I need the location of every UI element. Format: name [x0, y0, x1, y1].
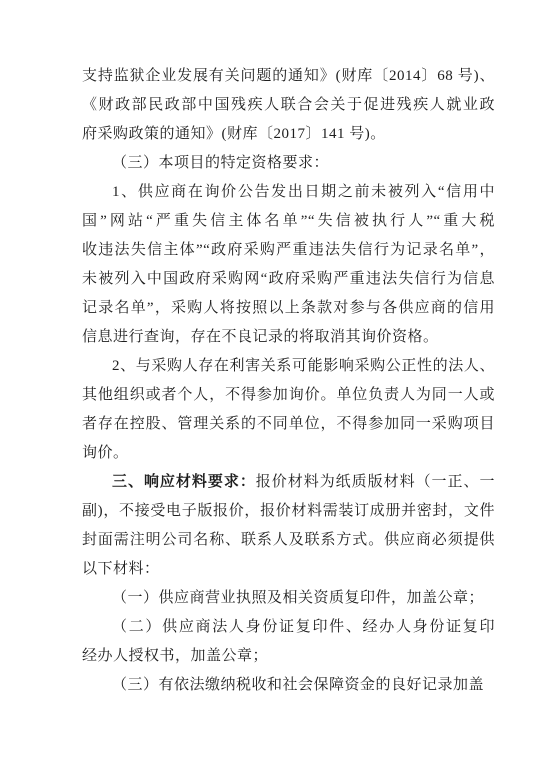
document-line-section-heading: （三）本项目的特定资格要求： — [82, 149, 495, 178]
document-line: 记录名单”，采购人将按照以上条款对参与各供应商的信用 — [82, 294, 495, 323]
document-line: 信息进行查询，存在不良记录的将取消其询价资格。 — [82, 323, 495, 352]
document-page: 支持监狱企业发展有关问题的通知》(财库〔2014〕68 号)、 《财政部民政部中… — [0, 0, 550, 778]
document-line: 府采购政策的通知》(财库〔2017〕141 号)。 — [82, 120, 495, 149]
document-line: 其他组织或者个人，不得参加询价。单位负责人为同一人或 — [82, 381, 495, 410]
document-line-list-item: （一）供应商营业执照及相关资质复印件，加盖公章； — [82, 584, 495, 613]
document-line: 2、与采购人存在利害关系可能影响采购公正性的法人、 — [82, 352, 495, 381]
document-line: 《财政部民政部中国残疾人联合会关于促进残疾人就业政 — [82, 91, 495, 120]
document-line: 者存在控股、管理关系的不同单位，不得参加同一采购项目 — [82, 410, 495, 439]
document-line: 国”网站“严重失信主体名单”“失信被执行人”“重大税 — [82, 207, 495, 236]
document-line: 经办人授权书，加盖公章； — [82, 642, 495, 671]
document-line-section-heading: 三、响应材料要求：报价材料为纸质版材料（一正、一 — [82, 468, 495, 497]
document-line: 询价。 — [82, 439, 495, 468]
section-heading-body-text: 报价材料为纸质版材料（一正、一 — [256, 474, 495, 490]
document-line: 收违法失信主体”“政府采购严重违法失信行为记录名单”， — [82, 236, 495, 265]
document-line: 支持监狱企业发展有关问题的通知》(财库〔2014〕68 号)、 — [82, 62, 495, 91]
document-line: 1、供应商在询价公告发出日期之前未被列入“信用中 — [82, 178, 495, 207]
document-line: 以下材料： — [82, 555, 495, 584]
document-line-list-item: （二）供应商法人身份证复印件、经办人身份证复印件、 — [82, 613, 495, 642]
document-line: 副)，不接受电子版报价，报价材料需装订成册并密封，文件 — [82, 497, 495, 526]
document-line: 未被列入中国政府采购网“政府采购严重违法失信行为信息 — [82, 265, 495, 294]
section-heading-bold-label: 三、响应材料要求： — [112, 474, 256, 490]
document-line-list-item: （三）有依法缴纳税收和社会保障资金的良好记录加盖 — [82, 671, 495, 700]
document-line: 封面需注明公司名称、联系人及联系方式。供应商必须提供 — [82, 526, 495, 555]
